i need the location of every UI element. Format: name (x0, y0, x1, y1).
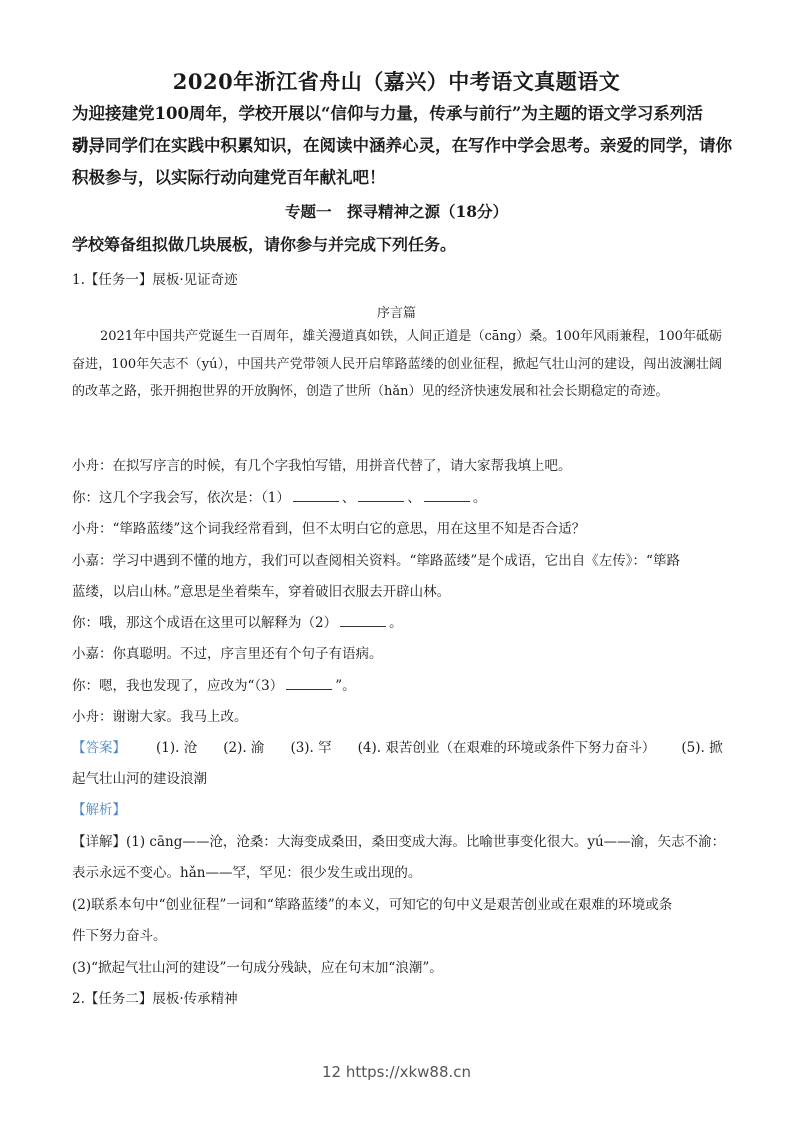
answer-item: (3). 罕 (290, 736, 331, 756)
explanation-line: 表示永远不变心。hǎn——罕，罕见：很少发生或出现的。 (72, 861, 421, 881)
task-note: 学校筹备组拟做几块展板，请你参与并完成下列任务。 (72, 232, 456, 255)
dialogue-line: 蓝缕，以启山林。”意思是坐着柴车，穿着破旧衣服去开辟山林。 (72, 580, 450, 600)
question-1-title: 1.【任务一】展板·见证奇迹 (72, 268, 238, 288)
answer-item: (4). 艰苦创业（在艰难的环境或条件下努力奋斗） (358, 736, 656, 756)
answer-item: (2). 渝 (223, 736, 264, 756)
dialogue-line: 小舟：谢谢大家。我马上改。 (72, 705, 248, 725)
dialogue-line-blank-1: 你：这几个字我会写，依次是：（1）、、。 (72, 486, 486, 506)
separator: 、 (407, 490, 421, 506)
document-page: 2020年浙江省舟山（嘉兴）中考语文真题语文 为迎接建党100周年，学校开展以“… (0, 0, 793, 1122)
dialogue-line: 小嘉：你真聪明。不过，序言里还有个句子有语病。 (72, 642, 383, 662)
preface-heading: 序言篇 (0, 302, 793, 321)
dialogue-text: 你：这几个字我会写，依次是：（1） (72, 490, 290, 506)
answer-blank[interactable] (286, 677, 332, 690)
explanation-line: 【详解】(1) cāng——沧，沧桑：大海变成桑田，桑田变成大海。比喻世事变化很… (72, 830, 725, 850)
intro-line-3: 积极参与，以实际行动向建党百年献礼吧！ (72, 162, 732, 194)
answer-blank[interactable] (358, 489, 404, 502)
dialogue-line: 小嘉：学习中遇到不懂的地方，我们可以查阅相关资料。“筚路蓝缕”是个成语，它出自《… (72, 549, 680, 569)
explanation-line: (3)“掀起气壮山河的建设”一句成分残缺，应在句末加“浪潮”。 (72, 956, 443, 976)
topic-heading: 专题一 探寻精神之源（18分） (0, 200, 793, 222)
question-2-title: 2.【任务二】展板·传承精神 (72, 987, 238, 1007)
dialogue-text: 。 (389, 615, 403, 631)
answer-blank[interactable] (293, 489, 339, 502)
intro-line-2: 引导同学们在实践中积累知识，在阅读中涵养心灵，在写作中学会思考。亲爱的同学，请你 (72, 130, 732, 162)
answer-item: (1). 沧 (156, 736, 197, 756)
answer-row: 【答案】(1). 沧(2). 渝(3). 罕(4). 艰苦创业（在艰难的环境或条… (72, 736, 723, 756)
answer-item: (5). 掀 (681, 740, 722, 756)
answer-blank[interactable] (340, 614, 386, 627)
document-title: 2020年浙江省舟山（嘉兴）中考语文真题语文 (0, 66, 793, 96)
analysis-label: 【解析】 (72, 798, 126, 818)
separator: 、 (342, 490, 356, 506)
explanation-line: 件下努力奋斗。 (72, 924, 167, 944)
dialogue-line-blank-3: 你：嗯，我也发现了，应改为“（3）”。 (72, 674, 356, 694)
dialogue-line: 小舟：“筚路蓝缕”这个词我经常看到，但不太明白它的意思，用在这里不知是否合适？ (72, 517, 585, 537)
preface-paragraph: 2021年中国共产党诞生一百周年，雄关漫道真如铁，人间正道是（cāng）桑。10… (72, 323, 722, 406)
page-footer: 12 https://xkw88.cn (0, 1063, 793, 1081)
footer-url[interactable]: https://xkw88.cn (346, 1063, 471, 1081)
dialogue-text: 。 (473, 490, 487, 506)
answer-label: 【答案】 (72, 740, 126, 756)
dialogue-text: 你：嗯，我也发现了，应改为“（3） (72, 678, 283, 694)
answer-blank[interactable] (424, 489, 470, 502)
explanation-line: (2)联系本句中“创业征程”一词和“筚路蓝缕”的本义，可知它的句中义是艰苦创业或… (72, 893, 672, 913)
answer-continuation: 起气壮山河的建设浪潮 (72, 767, 207, 787)
dialogue-line: 小舟：在拟写序言的时候，有几个字我怕写错，用拼音代替了，请大家帮我填上吧。 (72, 454, 572, 474)
dialogue-text: ”。 (335, 678, 355, 694)
page-number: 12 (322, 1063, 341, 1081)
dialogue-line-blank-2: 你：哦，那这个成语在这里可以解释为（2）。 (72, 611, 403, 631)
dialogue-text: 你：哦，那这个成语在这里可以解释为（2） (72, 615, 337, 631)
